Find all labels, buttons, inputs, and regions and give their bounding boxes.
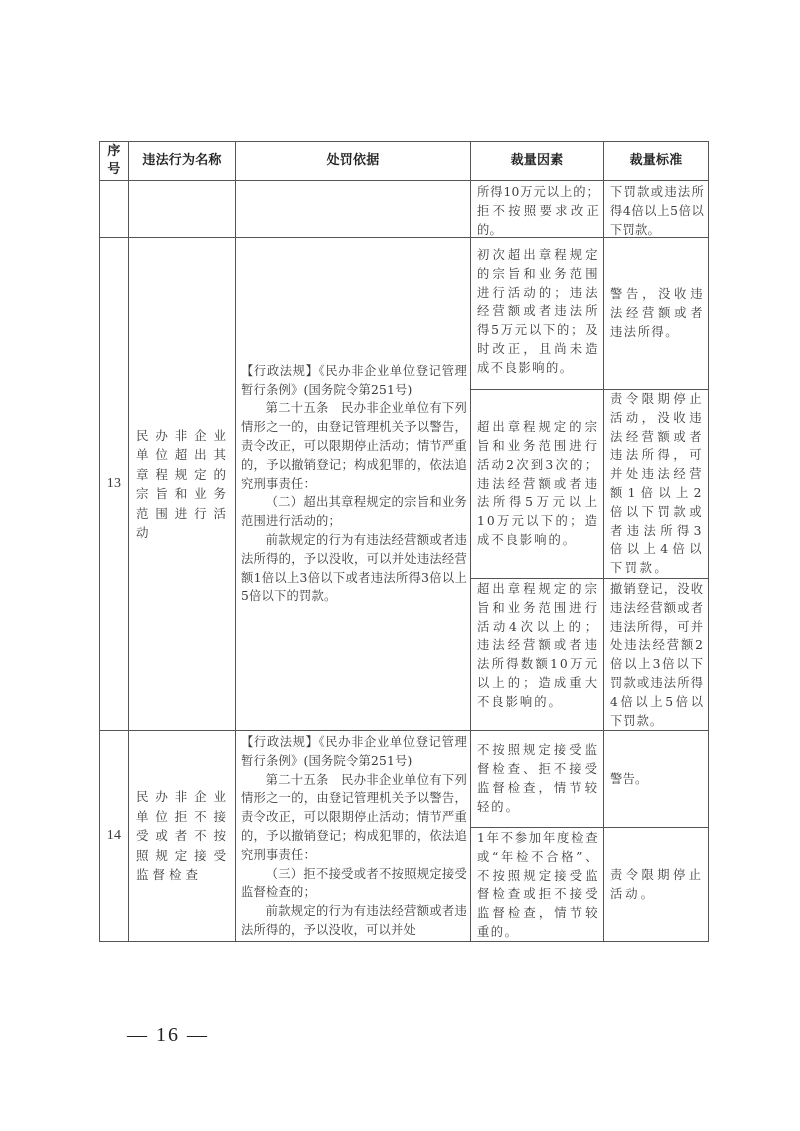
basis-penalty: 前款规定的行为有违法经营额或者违法所得的，予以没收，可以并处 — [241, 902, 467, 940]
row-13-tier-2-factors-cell: 超出章程规定的宗旨和业务范围进行活动2次到3次的；违法经营额或者违法所得5万元以… — [477, 390, 599, 578]
row-14-tier-1-factors-cell: 不按照规定接受监督检查、拒不接受监督检查，情节较轻的。 — [477, 731, 599, 827]
column-divider — [603, 141, 604, 942]
header-factors: 裁量因素 — [471, 142, 603, 180]
row-13-tier-1-standard: 警告，没收违法经营额或者违法所得。 — [610, 285, 704, 341]
header-basis: 处罚依据 — [236, 142, 470, 180]
page-number: — 16 — — [127, 1024, 209, 1047]
table-border-right — [708, 141, 709, 942]
row-13-tier-2-factors: 超出章程规定的宗旨和业务范围进行活动2次到3次的；违法经营额或者违法所得5万元以… — [477, 418, 599, 550]
basis-clause: （二）超出其章程规定的宗旨和业务范围进行活动的； — [241, 493, 467, 531]
basis-article: 第二十五条 民办非企业单位有下列情形之一的，由登记管理机关予以警告，责令改正，可… — [241, 399, 467, 493]
row-14-tier-2-standard-cell: 责令限期停止活动。 — [610, 828, 704, 941]
continuation-factors: 所得10万元以上的；拒不按照要求改正的。 — [477, 181, 599, 237]
row-13-tier-1-standard-cell: 警告，没收违法经营额或者违法所得。 — [610, 238, 704, 389]
header-seq-line1: 序 — [107, 143, 120, 161]
basis-penalty: 前款规定的行为有违法经营额或者违法所得的，予以没收，可以并处违法经营额1倍以上3… — [241, 531, 467, 606]
row-14-name-cell: 民办非企业单位拒不接受或者不按照规定接受监督检查 — [136, 731, 230, 941]
row-13-basis: 【行政法规】《民办非企业单位登记管理暂行条例》(国务院令第251号) 第二十五条… — [241, 362, 467, 606]
header-seq: 序 号 — [100, 142, 128, 180]
row-14-seq: 14 — [100, 731, 128, 941]
row-13-tier-1-factors: 初次超出章程规定的宗旨和业务范围进行活动的；违法经营额或者违法所得5万元以下的；… — [477, 246, 599, 386]
row-13-tier-2-standard: 责令限期停止活动，没收违法经营额或者违法所得，可并处违法经营额1倍以上2倍以下罚… — [610, 390, 704, 578]
row-13-seq: 13 — [100, 238, 128, 730]
basis-clause: （三）拒不接受或者不按照规定接受监督检查的； — [241, 865, 467, 903]
row-14-tier-1-standard: 警告。 — [610, 770, 648, 789]
row-13-tier-3-factors: 超出章程规定的宗旨和业务范围进行活动4次以上的；违法经营额或者违法所得数额10万… — [477, 579, 599, 730]
column-divider — [235, 141, 236, 942]
row-14-name: 民办非企业单位拒不接受或者不按照规定接受监督检查 — [136, 787, 230, 885]
column-divider — [470, 141, 471, 942]
row-14-tier-1-standard-cell: 警告。 — [610, 731, 704, 827]
basis-title: 【行政法规】《民办非企业单位登记管理暂行条例》(国务院令第251号) — [241, 733, 467, 771]
row-14-basis-cell: 【行政法规】《民办非企业单位登记管理暂行条例》(国务院令第251号) 第二十五条… — [241, 733, 467, 941]
row-13-basis-cell: 【行政法规】《民办非企业单位登记管理暂行条例》(国务院令第251号) 第二十五条… — [241, 238, 467, 730]
table-border-bottom — [99, 941, 708, 942]
basis-title: 【行政法规】《民办非企业单位登记管理暂行条例》(国务院令第251号) — [241, 362, 467, 400]
row-13-tier-3-standard: 撤销登记，没收违法经营额或者违法所得，可并处违法经营额2倍以上3倍以下罚款或违法… — [610, 579, 704, 730]
column-divider — [128, 141, 129, 942]
header-seq-line2: 号 — [107, 161, 120, 179]
row-14-tier-2-factors: 1年不参加年度检查或“年检不合格”、不按照规定接受监督检查或拒不接受监督检查，情… — [477, 829, 599, 941]
row-13-name: 民办非企业单位超出其章程规定的宗旨和业务范围进行活动 — [136, 426, 230, 543]
document-page: 序 号 违法行为名称 处罚依据 裁量因素 裁量标准 所得10万元以上的；拒不按照… — [0, 0, 800, 1131]
row-14-tier-2-standard: 责令限期停止活动。 — [610, 866, 704, 904]
penalty-table: 序 号 违法行为名称 处罚依据 裁量因素 裁量标准 所得10万元以上的；拒不按照… — [99, 141, 708, 941]
row-13-name-cell: 民办非企业单位超出其章程规定的宗旨和业务范围进行活动 — [136, 238, 230, 730]
header-name: 违法行为名称 — [129, 142, 235, 180]
row-14-tier-1-factors: 不按照规定接受监督检查、拒不接受监督检查，情节较轻的。 — [477, 741, 599, 816]
continuation-standard: 下罚款或违法所得4倍以上5倍以下罚款。 — [610, 181, 704, 237]
header-standard: 裁量标准 — [604, 142, 708, 180]
basis-article: 第二十五条 民办非企业单位有下列情形之一的，由登记管理机关予以警告，责令改正，可… — [241, 771, 467, 865]
